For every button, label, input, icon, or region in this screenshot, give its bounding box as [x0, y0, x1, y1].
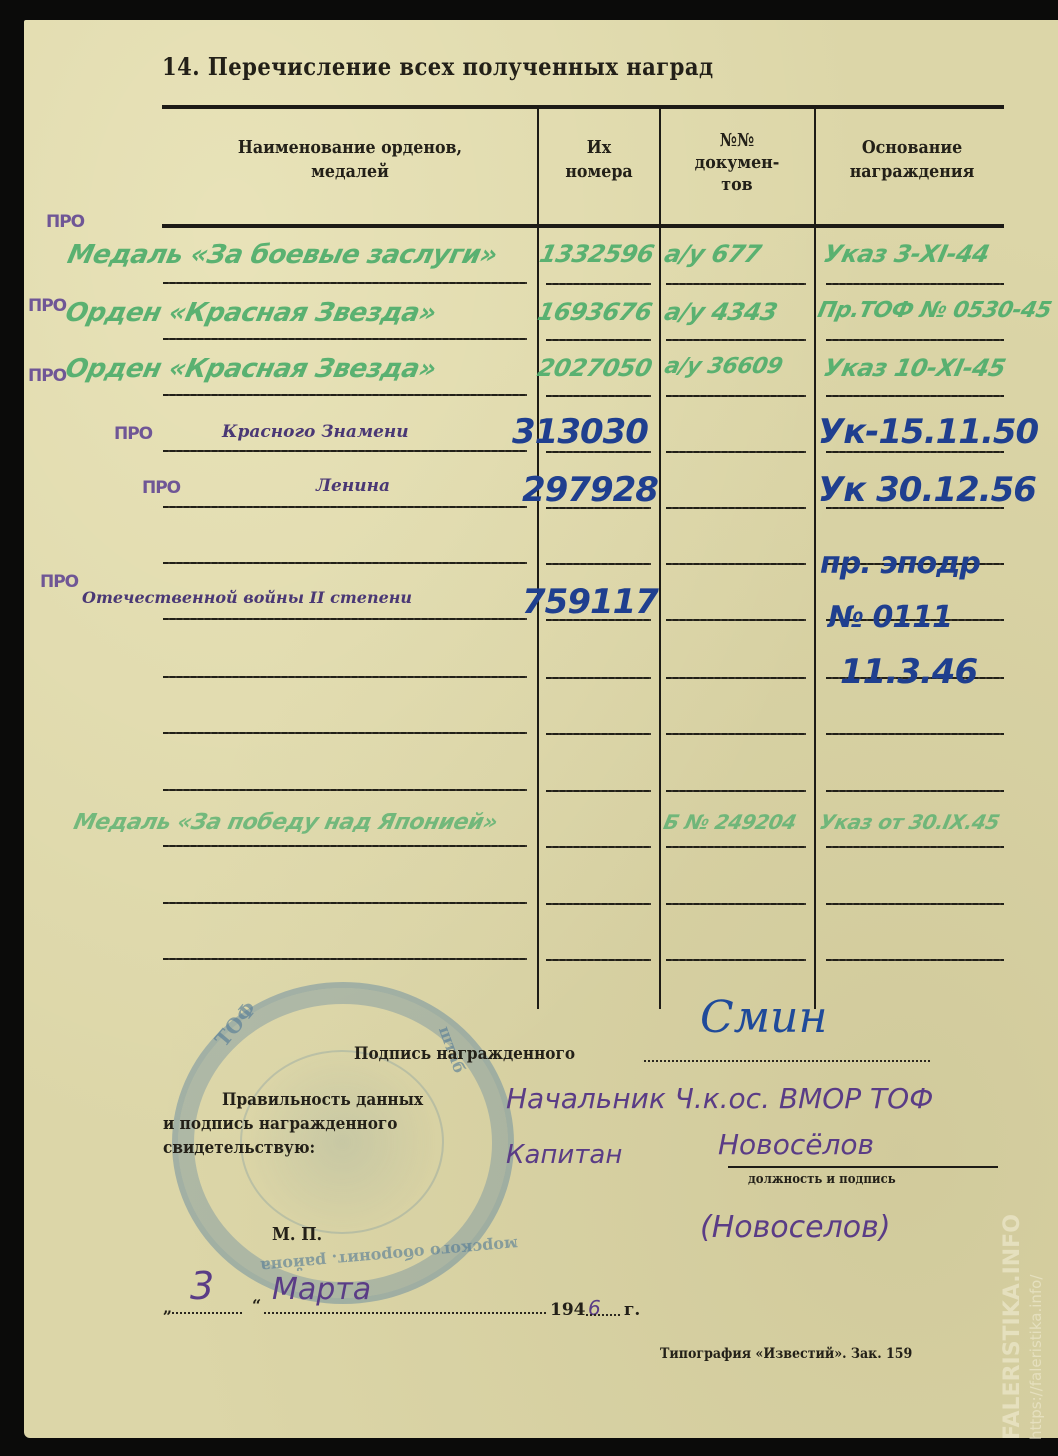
award-number: 1693676	[535, 298, 654, 326]
award-number: 1332596	[537, 240, 656, 268]
position-caption: должность и подпись	[748, 1172, 896, 1187]
award-number: 297928	[522, 470, 658, 510]
watermark-url: https://faleristika.info/	[1027, 1214, 1045, 1440]
award-number: 2027050	[535, 354, 654, 382]
row-line	[546, 903, 651, 905]
row-line	[826, 790, 1004, 792]
date-day: 3	[190, 1264, 214, 1308]
date-open-quote: „	[163, 1298, 172, 1317]
official-title: Начальник Ч.к.ос. ВМОР ТОФ	[506, 1082, 933, 1115]
row-line	[666, 959, 806, 961]
date-month: Марта	[272, 1272, 371, 1307]
row-line	[546, 846, 651, 848]
official-name: (Новоселов)	[700, 1210, 891, 1245]
row-line	[163, 506, 527, 508]
header-line: Основание	[829, 136, 994, 160]
watermark: FALERISTIKA.INFO https://faleristika.inf…	[1000, 1214, 1045, 1440]
row-line	[826, 846, 1004, 848]
row-line	[546, 959, 651, 961]
row-line	[546, 677, 651, 679]
official-signature: Новосёлов	[718, 1128, 874, 1161]
award-name: Ленина	[316, 476, 390, 496]
row-line	[666, 733, 806, 735]
document-number: Б № 249204	[661, 810, 798, 834]
row-line	[666, 451, 806, 453]
award-basis: Указ от 30.IX.45	[817, 810, 1001, 834]
date-year-suffix: 6	[588, 1296, 601, 1320]
row-line	[666, 846, 806, 848]
header-line: Их	[547, 136, 651, 160]
award-basis: Пр.ТОФ № 0530-45	[815, 298, 1053, 323]
award-number: 759117	[522, 582, 658, 622]
header-line: тов	[671, 174, 803, 196]
date-month-line	[264, 1312, 546, 1314]
row-line	[826, 959, 1004, 961]
header-line: медалей	[209, 160, 491, 184]
column-divider-3	[814, 109, 816, 1009]
document-number: а/у 36609	[662, 354, 784, 379]
award-basis: пр. эподр	[820, 546, 980, 581]
row-line	[546, 283, 651, 285]
pro-stamp: ПРО	[142, 478, 180, 498]
seal-place-label: М. П.	[272, 1224, 322, 1245]
pro-stamp: ПРО	[28, 296, 66, 316]
row-line	[546, 563, 651, 565]
date-close-quote: “	[252, 1296, 261, 1315]
row-line	[163, 732, 527, 734]
header-line: докумен-	[671, 152, 803, 174]
row-line	[826, 733, 1004, 735]
award-name: Орден «Красная Звезда»	[63, 354, 439, 384]
row-line	[666, 619, 806, 621]
row-line	[546, 339, 651, 341]
awardee-signature-line	[644, 1060, 930, 1062]
award-basis: Указ 3-XI-44	[821, 240, 992, 268]
awardee-signature: Смин	[700, 992, 827, 1043]
row-line	[666, 790, 806, 792]
row-line	[163, 282, 527, 284]
row-line	[826, 903, 1004, 905]
row-line	[666, 677, 806, 679]
row-line	[826, 395, 1004, 397]
row-line	[826, 339, 1004, 341]
row-line	[163, 562, 527, 564]
header-award-basis: Основание награждения	[829, 136, 994, 184]
header-award-name: Наименование орденов, медалей	[209, 136, 491, 184]
date-year-line	[586, 1314, 622, 1316]
official-signature-line	[728, 1166, 998, 1168]
pro-stamp: ПРО	[28, 366, 66, 386]
document-number: а/у 4343	[662, 298, 780, 326]
date-year-prefix: 194	[550, 1300, 586, 1320]
date-day-line	[172, 1312, 242, 1314]
row-line	[826, 283, 1004, 285]
row-line	[546, 733, 651, 735]
table-top-rule	[162, 105, 1004, 109]
row-line	[666, 903, 806, 905]
table-header-bottom-rule	[162, 224, 1004, 228]
pro-stamp: ПРО	[40, 572, 78, 592]
row-line	[546, 395, 651, 397]
row-line	[163, 845, 527, 847]
verify-label-line1: Правильность данных	[222, 1090, 423, 1110]
awardee-signature-label: Подпись награжденного	[354, 1044, 575, 1064]
document-number: а/у 677	[662, 240, 764, 268]
date-year-unit: г.	[624, 1300, 640, 1320]
row-line	[163, 789, 527, 791]
award-name: Отечественной войны II степени	[82, 588, 412, 607]
row-line	[666, 563, 806, 565]
header-line: награждения	[829, 160, 994, 184]
row-line	[666, 339, 806, 341]
row-line	[163, 618, 527, 620]
header-document-number: №№ докумен- тов	[671, 130, 803, 196]
award-name: Красного Знамени	[222, 422, 409, 442]
award-number: 313030	[512, 412, 648, 452]
verify-label-line3: свидетельствую:	[163, 1138, 315, 1158]
row-line	[163, 450, 527, 452]
row-line	[163, 958, 527, 960]
pro-stamp: ПРО	[46, 212, 84, 232]
printer-note: Типография «Известий». Зак. 159	[660, 1346, 912, 1362]
award-basis: № 0111	[828, 600, 952, 635]
row-line	[666, 507, 806, 509]
header-line: №№	[671, 130, 803, 152]
award-basis: Ук-15.11.50	[818, 412, 1038, 452]
document-page	[24, 20, 1058, 1438]
official-rank: Капитан	[506, 1140, 622, 1170]
column-divider-2	[659, 109, 661, 1009]
row-line	[163, 902, 527, 904]
pro-stamp: ПРО	[114, 424, 152, 444]
row-line	[666, 283, 806, 285]
award-name: Орден «Красная Звезда»	[63, 298, 439, 328]
verify-label-line2: и подпись награжденного	[163, 1114, 398, 1134]
award-name: Медаль «За победу над Японией»	[71, 810, 499, 835]
column-divider-1	[537, 109, 539, 1009]
award-basis: 11.3.46	[840, 652, 977, 692]
row-line	[666, 395, 806, 397]
section-title: 14. Перечисление всех полученных наград	[162, 52, 713, 81]
header-line: Наименование орденов,	[209, 136, 491, 160]
header-award-number: Их номера	[547, 136, 651, 184]
award-basis: Указ 10-XI-45	[821, 354, 1008, 382]
award-name: Медаль «За боевые заслуги»	[65, 240, 500, 270]
row-line	[163, 676, 527, 678]
header-line: номера	[547, 160, 651, 184]
row-line	[163, 394, 527, 396]
watermark-brand: FALERISTIKA.INFO	[1000, 1214, 1025, 1440]
row-line	[546, 790, 651, 792]
award-basis: Ук 30.12.56	[818, 470, 1036, 510]
row-line	[163, 338, 527, 340]
